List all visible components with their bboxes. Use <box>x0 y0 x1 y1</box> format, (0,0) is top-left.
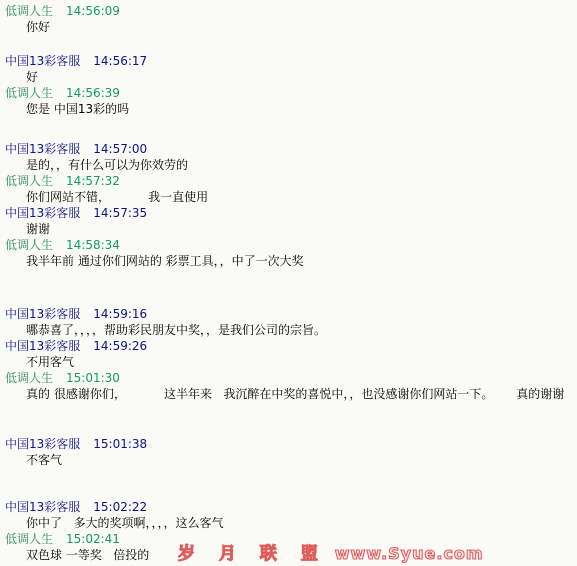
message-header: 低调人生14:57:32 <box>5 173 577 189</box>
message-header: 中国13彩客服15:01:38 <box>5 436 577 452</box>
chat-entry: 中国13彩客服14:57:00 是的，，有什么可以为你效劳的 <box>5 141 577 173</box>
sender-name: 低调人生 <box>5 238 53 252</box>
message-text: 谢谢 <box>5 221 577 237</box>
message-header: 低调人生15:01:30 <box>5 370 577 386</box>
message-header: 低调人生14:56:09 <box>5 3 577 19</box>
sender-name: 低调人生 <box>5 532 53 546</box>
message-text: 是的，，有什么可以为你效劳的 <box>5 157 577 173</box>
message-text: 您是 中国13彩的吗 <box>5 101 577 117</box>
timestamp: 15:02:41 <box>66 532 120 546</box>
chat-entry: 中国13彩客服14:57:35 谢谢 <box>5 205 577 237</box>
message-header: 中国13彩客服14:59:16 <box>5 306 577 322</box>
sender-name: 低调人生 <box>5 4 53 18</box>
chat-entry: 低调人生15:01:30 真的 很感谢你们， 这半年来 我沉醉在中奖的喜悦中，，… <box>5 370 577 402</box>
sender-name: 低调人生 <box>5 86 53 100</box>
chat-entry: 中国13彩客服15:01:38 不客气 <box>5 436 577 468</box>
message-header: 中国13彩客服14:57:35 <box>5 205 577 221</box>
timestamp: 14:57:35 <box>93 206 147 220</box>
sender-name: 中国13彩客服 <box>5 307 80 321</box>
chat-entry: 低调人生14:56:09 你好 <box>5 3 577 35</box>
sender-name: 低调人生 <box>5 371 53 385</box>
timestamp: 14:59:16 <box>93 307 147 321</box>
site-watermark: 岁 月 联 盟 www.Syue.com <box>178 539 484 564</box>
chat-entry: 中国13彩客服15:02:22 你中了 多大的奖项啊，，，，这么客气 <box>5 499 577 531</box>
timestamp: 14:59:26 <box>93 339 147 353</box>
chat-log-window: 低调人生14:56:09 你好 中国13彩客服14:56:17 好 低调人生14… <box>0 0 577 566</box>
message-text: 不客气 <box>5 452 577 468</box>
chat-entry: 中国13彩客服14:59:16 哪恭喜了，，，，帮助彩民朋友中奖，，是我们公司的… <box>5 306 577 338</box>
chat-entry: 中国13彩客服14:56:17 好 <box>5 53 577 85</box>
sender-name: 中国13彩客服 <box>5 142 80 156</box>
sender-name: 中国13彩客服 <box>5 54 80 68</box>
message-text: 真的 很感谢你们， 这半年来 我沉醉在中奖的喜悦中，，也没感谢你们网站一下。 真… <box>5 386 577 402</box>
sender-name: 中国13彩客服 <box>5 206 80 220</box>
sender-name: 中国13彩客服 <box>5 500 80 514</box>
message-header: 中国13彩客服14:56:17 <box>5 53 577 69</box>
timestamp: 14:57:32 <box>66 174 120 188</box>
message-header: 中国13彩客服14:57:00 <box>5 141 577 157</box>
timestamp: 14:57:00 <box>93 142 147 156</box>
watermark-site-name: 岁 月 联 盟 <box>178 539 327 564</box>
timestamp: 14:58:34 <box>66 238 120 252</box>
message-header: 低调人生14:58:34 <box>5 237 577 253</box>
chat-entry: 低调人生14:57:32 你们网站不错， 我一直使用 <box>5 173 577 205</box>
chat-entry: 低调人生14:58:34 我半年前 通过你们网站的 彩票工具，，中了一次大奖 <box>5 237 577 269</box>
timestamp: 14:56:17 <box>93 54 147 68</box>
message-text: 不用客气 <box>5 354 577 370</box>
sender-name: 低调人生 <box>5 174 53 188</box>
watermark-site-url: www.Syue.com <box>335 544 484 563</box>
timestamp: 15:02:22 <box>93 500 147 514</box>
message-text: 你中了 多大的奖项啊，，，，这么客气 <box>5 515 577 531</box>
message-text: 好 <box>5 69 577 85</box>
message-text: 你好 <box>5 19 577 35</box>
timestamp: 14:56:39 <box>66 86 120 100</box>
sender-name: 中国13彩客服 <box>5 437 80 451</box>
sender-name: 中国13彩客服 <box>5 339 80 353</box>
timestamp: 15:01:30 <box>66 371 120 385</box>
message-header: 中国13彩客服14:59:26 <box>5 338 577 354</box>
message-text: 哪恭喜了，，，，帮助彩民朋友中奖，，是我们公司的宗旨。 <box>5 322 577 338</box>
message-header: 低调人生14:56:39 <box>5 85 577 101</box>
chat-entry: 低调人生14:56:39 您是 中国13彩的吗 <box>5 85 577 117</box>
message-text: 我半年前 通过你们网站的 彩票工具，，中了一次大奖 <box>5 253 577 269</box>
chat-message-list: 低调人生14:56:09 你好 中国13彩客服14:56:17 好 低调人生14… <box>0 0 577 563</box>
chat-entry: 中国13彩客服14:59:26 不用客气 <box>5 338 577 370</box>
timestamp: 14:56:09 <box>66 4 120 18</box>
message-header: 中国13彩客服15:02:22 <box>5 499 577 515</box>
message-text: 你们网站不错， 我一直使用 <box>5 189 577 205</box>
timestamp: 15:01:38 <box>93 437 147 451</box>
